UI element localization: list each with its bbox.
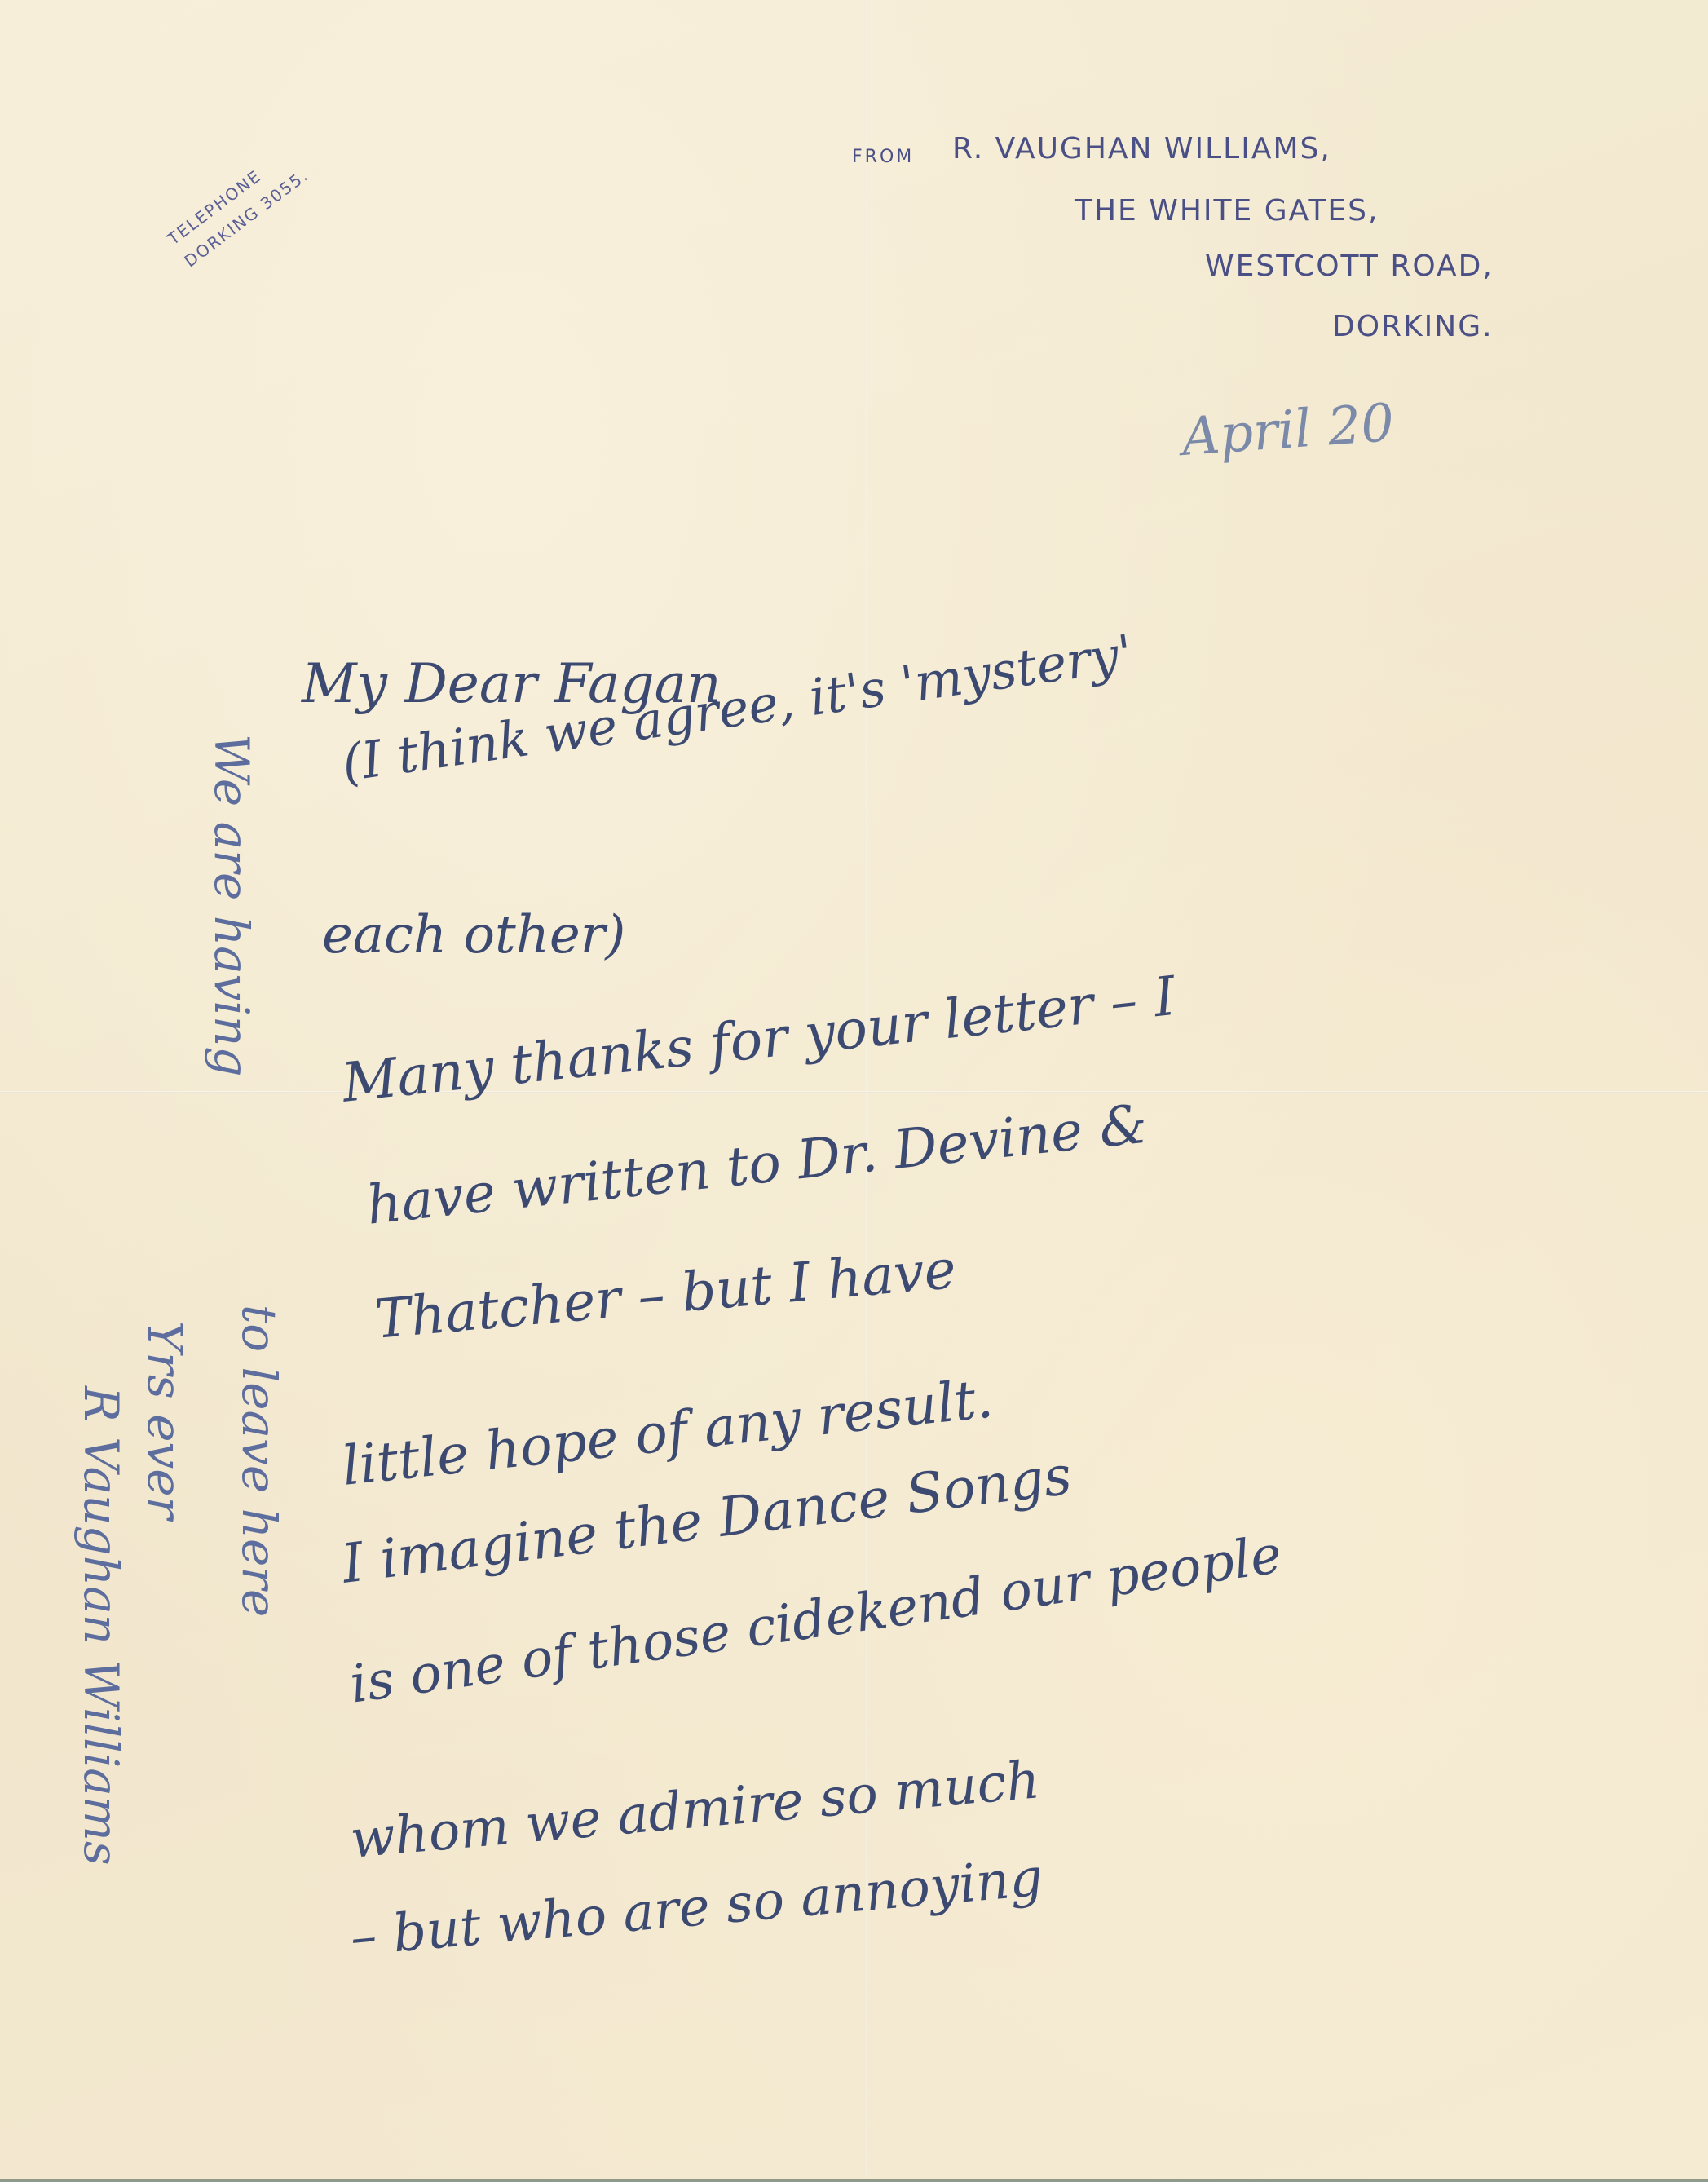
letterhead-road: WESTCOTT ROAD,: [1205, 250, 1494, 283]
letterhead-name: R. VAUGHAN WILLIAMS,: [952, 132, 1331, 166]
letterhead-house: THE WHITE GATES,: [1075, 194, 1379, 227]
signature: R Vaughan Williams: [73, 1386, 129, 1866]
body-line: each other): [322, 905, 625, 965]
scan-bottom-edge: [0, 2179, 1708, 2182]
letterhead-from-label: FROM: [852, 147, 914, 167]
margin-postscript-line: to leave here: [232, 1305, 287, 1617]
letterhead-town: DORKING.: [1332, 310, 1494, 343]
horizontal-fold-crease: [0, 1091, 1708, 1093]
margin-postscript-line: We are having: [204, 734, 259, 1076]
valediction: Yrs ever: [137, 1321, 192, 1519]
